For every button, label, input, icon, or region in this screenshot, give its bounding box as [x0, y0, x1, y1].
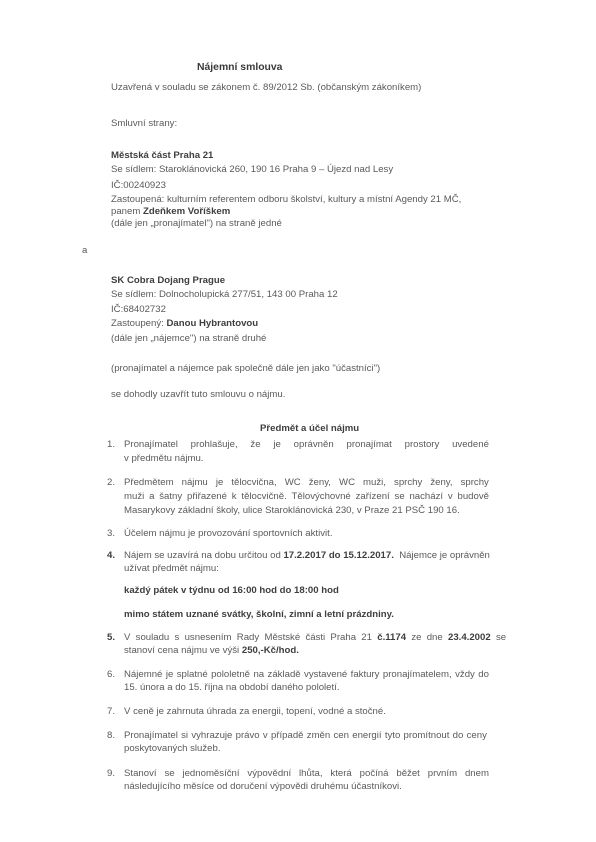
clause-5-text-mid: ze dne	[406, 632, 448, 643]
word: základě	[268, 669, 301, 681]
party1-alias: (dále jen „pronajímatel") na straně jedn…	[111, 218, 282, 230]
party1-name: Městská část Praha 21	[111, 150, 213, 162]
party2-alias: (dále jen „nájemce") na straně druhé	[111, 333, 266, 345]
party1-represented: Zastoupená: kulturním referentem odboru …	[111, 194, 461, 206]
party1-represented-prefix: panem	[111, 206, 143, 217]
word: výpovědní	[247, 768, 291, 780]
clause-5-text: V souladu s usnesením Rady Městské části…	[124, 632, 377, 643]
word: oprávněn	[294, 439, 334, 451]
clause-8-line-1: Pronajímatel si vyhrazuje právo v případ…	[124, 730, 487, 742]
party2-represented-prefix: Zastoupený:	[111, 318, 166, 329]
clause-1-line-2: v předmětu nájmu.	[124, 453, 203, 465]
word: tělocvičně.	[241, 491, 286, 503]
clause-number: 5.	[107, 632, 121, 644]
clause-9-line-1: Stanovísejednoměsíčnívýpovědnílhůta,kter…	[124, 768, 489, 780]
word: WC	[285, 477, 301, 489]
resolution-date: 23.4.2002	[448, 632, 491, 643]
clause-8-line-2: poskytovaných služeb.	[124, 743, 221, 755]
clause-2-line-3: Masarykovy základní školy, ulice Starokl…	[124, 505, 460, 517]
clause-7-line-1: V ceně je zahrnuta úhrada za energii, to…	[124, 706, 386, 718]
party1-representative-name: Zdeňkem Voříškem	[143, 206, 230, 217]
word: sprchy	[461, 477, 489, 489]
word: do	[478, 669, 489, 681]
word: jednoměsíční	[182, 768, 239, 780]
clause-4-line-1: Nájem se uzavírá na dobu určitou od 17.2…	[124, 550, 490, 562]
clause-number: 6.	[107, 669, 121, 681]
word: šatny	[159, 491, 182, 503]
word: a	[149, 491, 154, 503]
word: přiřazené	[187, 491, 227, 503]
word: dnem	[465, 768, 489, 780]
resolution-number: č.1174	[377, 632, 406, 643]
clause-number: 4.	[107, 550, 121, 562]
clause-1-line-1: Pronajímatelprohlašuje,žejeoprávněnprona…	[124, 439, 489, 451]
word: WC	[339, 477, 355, 489]
word: muži	[124, 491, 144, 503]
clause-9-line-2: následujícího měsíce od doručení výpověd…	[124, 781, 402, 793]
word: vystavené	[304, 669, 347, 681]
clause-4-line-2: užívat předmět nájmu:	[124, 563, 219, 575]
clause-4-text-suffix: Nájemce je oprávněn	[394, 550, 490, 561]
word: ženy,	[430, 477, 452, 489]
rental-period: 17.2.2017 do 15.12.2017.	[283, 550, 393, 561]
rental-exceptions: mimo státem uznané svátky, školní, zimní…	[124, 609, 394, 621]
clause-6-line-2: 15. února a do 15. října na období danéh…	[124, 682, 340, 694]
word: k	[232, 491, 237, 503]
word: na	[253, 669, 264, 681]
word: Nájemné	[124, 669, 162, 681]
word: vždy	[455, 669, 475, 681]
conjunction-and: a	[82, 245, 87, 257]
word: lhůta,	[299, 768, 322, 780]
clause-5-line-1: V souladu s usnesením Rady Městské části…	[124, 632, 506, 644]
party1-seat: Se sídlem: Staroklánovická 260, 190 16 P…	[111, 164, 393, 176]
word: v	[448, 491, 453, 503]
clause-number: 8.	[107, 730, 121, 742]
clause-6-line-1: Nájemnéjesplatnépololetněnazákladěvystav…	[124, 669, 489, 681]
document-subtitle: Uzavřená v souladu se zákonem č. 89/2012…	[111, 82, 421, 94]
word: pololetně	[211, 669, 250, 681]
word: tělocvična,	[231, 477, 276, 489]
clause-number: 1.	[107, 439, 121, 451]
word: pronajímatelem,	[383, 669, 452, 681]
word: nájmu	[182, 477, 208, 489]
clause-3-line-1: Účelem nájmu je provozování sportovních …	[124, 528, 333, 540]
word: budově	[458, 491, 489, 503]
word: je	[216, 477, 223, 489]
word: Tělovýchovné	[292, 491, 351, 503]
word: se	[164, 768, 174, 780]
word: uvedené	[452, 439, 489, 451]
joint-alias: (pronajímatel a nájemce pak společně dál…	[111, 363, 380, 375]
word: běžet	[396, 768, 419, 780]
agreement-statement: se dohodly uzavřít tuto smlouvu o nájmu.	[111, 389, 285, 401]
word: je	[273, 439, 280, 451]
word: prohlašuje,	[191, 439, 238, 451]
document-page: Nájemní smlouva Uzavřená v souladu se zá…	[0, 0, 596, 842]
word: pronajímat	[346, 439, 391, 451]
word: je	[166, 669, 173, 681]
word: že	[250, 439, 260, 451]
word: sprchy	[394, 477, 422, 489]
clause-number: 9.	[107, 768, 121, 780]
party1-ico: IČ:00240923	[111, 180, 166, 192]
rental-schedule: každý pátek v týdnu od 16:00 hod do 18:0…	[124, 585, 339, 597]
word: nachází	[409, 491, 443, 503]
document-title: Nájemní smlouva	[197, 62, 282, 74]
clause-number: 2.	[107, 477, 121, 489]
party2-name: SK Cobra Dojang Prague	[111, 275, 225, 287]
word: faktury	[351, 669, 380, 681]
clause-5-text-suffix: se	[491, 632, 506, 643]
word: ženy,	[309, 477, 331, 489]
word: se	[395, 491, 405, 503]
word: splatné	[177, 669, 208, 681]
clause-5-text-2: stanoví cena nájmu ve výši	[124, 645, 242, 656]
clause-number: 7.	[107, 706, 121, 718]
word: prostory	[405, 439, 440, 451]
rental-price: 250,-Kč/hod.	[242, 645, 299, 656]
parties-heading: Smluvní strany:	[111, 118, 177, 130]
word: Předmětem	[124, 477, 174, 489]
party2-ico: IČ:68402732	[111, 304, 166, 316]
clause-4-text: Nájem se uzavírá na dobu určitou od	[124, 550, 283, 561]
party2-representative: Zastoupený: Danou Hybrantovou	[111, 318, 258, 330]
clause-2-line-1: Předmětemnájmujetělocvična,WCženy,WCmuži…	[124, 477, 489, 489]
word: prvním	[428, 768, 457, 780]
word: Pronajímatel	[124, 439, 178, 451]
party2-representative-name: Danou Hybrantovou	[166, 318, 258, 329]
section-heading: Předmět a účel nájmu	[260, 423, 359, 435]
word: Stanoví	[124, 768, 157, 780]
party2-seat: Se sídlem: Dolnocholupická 277/51, 143 0…	[111, 289, 338, 301]
party1-representative: panem Zdeňkem Voříškem	[111, 206, 230, 218]
clause-2-line-2: mužiašatnypřiřazenéktělocvičně.Tělovýcho…	[124, 491, 489, 503]
word: muži,	[363, 477, 386, 489]
clause-number: 3.	[107, 528, 121, 540]
word: zařízení	[356, 491, 390, 503]
clause-5-line-2: stanoví cena nájmu ve výši 250,-Kč/hod.	[124, 645, 299, 657]
word: která	[330, 768, 351, 780]
word: počíná	[360, 768, 389, 780]
